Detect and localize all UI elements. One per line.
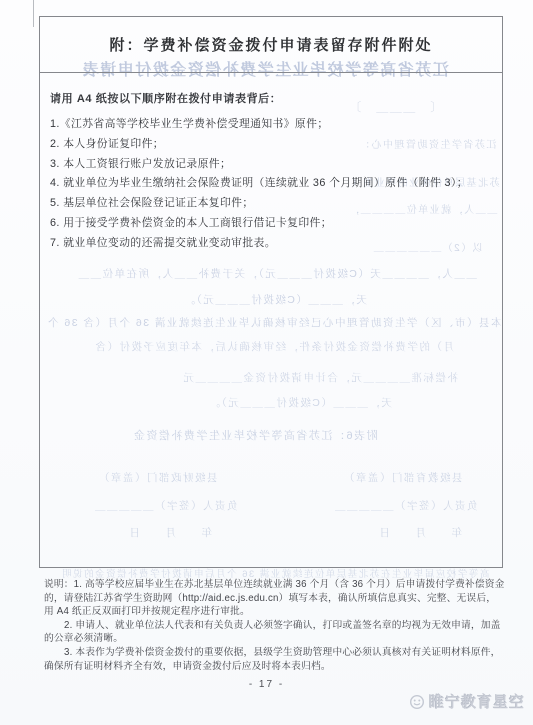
watermark-text: 睢宁教育星空 [429,691,525,712]
list-intro: 请用 A4 纸按以下顺序附在拨付申请表背后： [40,73,502,106]
list-item: 2. 本人身份证复印件； [50,135,494,155]
list-item: 1.《江苏省高等学校毕业生学费补偿受理通知书》原件； [50,115,494,135]
notes-section: 说明：1. 高等学校应届毕业生在苏北基层单位连续就业满 36 个月（含 36 个… [44,578,508,673]
note-line: 确保所有证明材料齐全有效，申请资金拨付后应及时将本表归档。 [44,660,508,674]
note-line: 用 A4 纸正反双面打印并按规定程序进行审批。 [44,605,508,619]
page-number: - 17 - [0,679,533,690]
note-line: 的，请登陆江苏省学生资助网（http://aid.ec.js.edu.cn）填写… [44,592,508,606]
attachment-title-box: 附：学费补偿资金拨付申请表留存附件附处 [39,16,503,73]
list-item: 5. 基层单位社会保险登记证正本复印件； [50,194,494,214]
note-line: 说明：1. 高等学校应届毕业生在苏北基层单位连续就业满 36 个月（含 36 个… [44,578,508,592]
list-item: 6. 用于接受学费补偿资金的本人工商银行借记卡复印件； [50,214,494,234]
smiley-logo-icon [409,694,425,710]
attachment-list-box: 请用 A4 纸按以下顺序附在拨付申请表背后： 1.《江苏省高等学校毕业生学费补偿… [39,73,503,568]
note-line: 的公章必须清晰。 [44,632,508,646]
list-item: 7. 就业单位变动的还需提交就业变动审批表。 [50,234,494,254]
note-line: 3. 本表作为学费补偿资金拨付的重要依据，县级学生资助管理中心必须认真核对有关证… [44,646,508,660]
attachment-list: 1.《江苏省高等学校毕业生学费补偿受理通知书》原件；2. 本人身份证复印件；3.… [40,115,502,254]
list-item: 4. 就业单位为毕业生缴纳社会保险费证明（连续就业 36 个月期间）原件（附件 … [50,174,494,194]
watermark: 睢宁教育星空 [409,691,525,712]
list-item: 3. 本人工资银行账户发放记录原件； [50,155,494,175]
scanned-document-page: 江苏省高等学校毕业生学费补偿资金拨付申请表〔 ＿＿＿ 〕江苏省学生资助管理中心：… [0,0,533,725]
page-title: 附：学费补偿资金拨付申请表留存附件附处 [109,34,432,55]
note-line: 2. 申请人、就业单位法人代表和有关负责人必须签字确认，打印或盖签名章的均视为无… [44,619,508,633]
